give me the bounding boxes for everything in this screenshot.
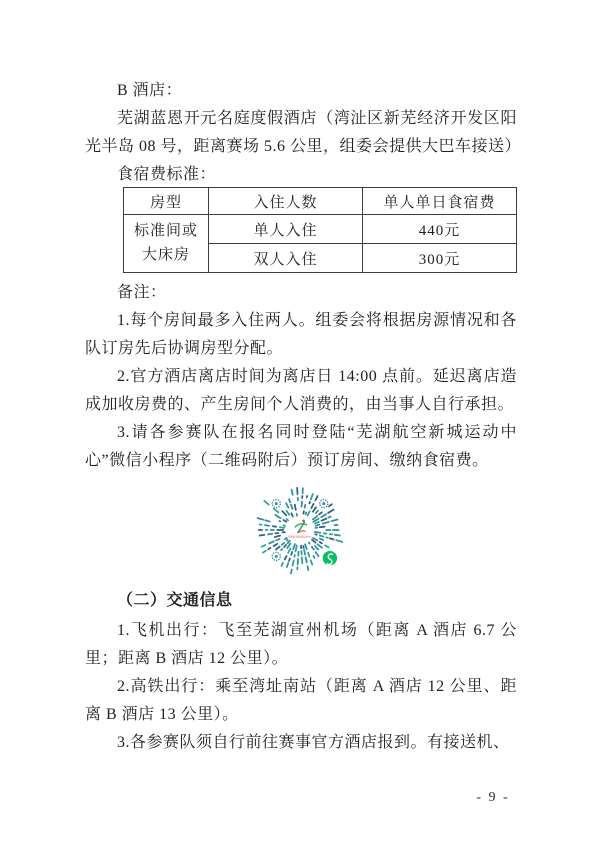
badge-circle [323, 551, 337, 565]
transport-heading: （二）交通信息 [85, 587, 517, 615]
note-3: 3.请各参赛队在报名同时登陆“芜湖航空新城运动中心”微信小程序（二维码附后）预订… [85, 419, 517, 475]
hotel-b-description: 芜湖蓝恩开元名庭度假酒店（湾沚区新芜经济开发区阳光半岛 08 号，距离赛场 5.… [85, 105, 517, 161]
wechat-miniprogram-qr-code: 芜湖航空新城运动中心 [256, 486, 344, 574]
fee-standard-label: 食宿费标准： [85, 161, 517, 189]
fee-table-header-fee: 单人单日食宿费 [363, 188, 517, 215]
occupancy-single: 单人入住 [209, 215, 363, 244]
hotel-b-label: B 酒店： [85, 77, 517, 105]
fee-table-header-occupancy: 入住人数 [209, 188, 363, 215]
room-type-text: 标准间或大床房 [133, 220, 199, 267]
transport-item-checkin: 3.各参赛队须自行前往赛事官方酒店报到。有接送机、 [85, 729, 517, 757]
fee-table: 房型 入住人数 单人单日食宿费 标准间或大床房 单人入住 440元 双人入住 3… [123, 187, 517, 273]
qr-code-graphic: 芜湖航空新城运动中心 [256, 486, 344, 574]
qr-center-caption: 芜湖航空新城运动中心 [288, 535, 313, 539]
document-page: B 酒店： 芜湖蓝恩开元名庭度假酒店（湾沚区新芜经济开发区阳光半岛 08 号，距… [0, 0, 600, 849]
page-number: - 9 - [458, 789, 528, 807]
fee-single: 440元 [363, 215, 517, 244]
note-1: 1.每个房间最多入住两人。组委会将根据房源情况和各队订房先后协调房型分配。 [85, 307, 517, 363]
fee-table-row-single: 标准间或大床房 单人入住 440元 [124, 215, 517, 244]
fee-table-room-type-cell: 标准间或大床房 [124, 215, 209, 273]
fee-table-header-row: 房型 入住人数 单人单日食宿费 [124, 188, 517, 215]
fee-table-header-room-type: 房型 [124, 188, 209, 215]
transport-item-flight: 1.飞机出行：飞至芜湖宣州机场（距离 A 酒店 6.7 公里；距离 B 酒店 1… [85, 617, 517, 673]
notes-label: 备注： [85, 279, 517, 307]
note-2: 2.官方酒店离店时间为离店日 14:00 点前。延迟离店造成加收房费的、产生房间… [85, 363, 517, 419]
wechat-s-badge [323, 551, 337, 565]
fee-double: 300元 [363, 244, 517, 273]
occupancy-double: 双人入住 [209, 244, 363, 273]
transport-item-rail: 2.高铁出行：乘至湾址南站（距离 A 酒店 12 公里、距离 B 酒店 13 公… [85, 673, 517, 729]
